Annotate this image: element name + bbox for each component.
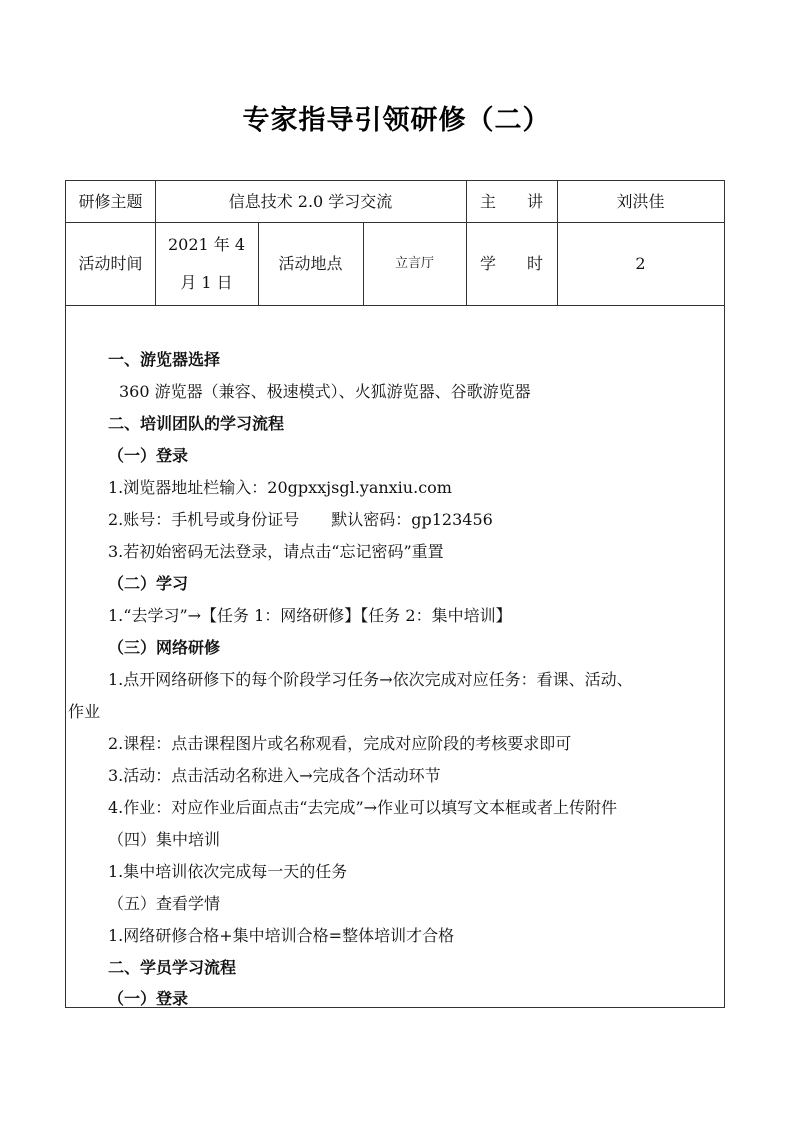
list-item: 2.账号：手机号或身份证号 默认密码：gp123456 <box>108 507 493 530</box>
section-heading: 二、培训团队的学习流程 <box>108 411 284 434</box>
subsection-heading: （四）集中培训 <box>108 827 220 850</box>
speaker-value: 刘洪佳 <box>557 181 724 222</box>
list-item: 3.活动：点击活动名称进入→完成各个活动环节 <box>108 763 441 786</box>
speaker-label-char: 主 <box>480 183 496 221</box>
list-item: 4.作业：对应作业后面点击“去完成”→作业可以填写文本框或者上传附件 <box>108 795 617 818</box>
time-label: 活动时间 <box>66 222 155 305</box>
location-label: 活动地点 <box>258 222 363 305</box>
time-value-line1: 2021 年 4 <box>168 226 245 264</box>
list-item: 1.“去学习”→【任务 1：网络研修】【任务 2：集中培训】 <box>108 603 512 626</box>
time-value-line2: 月 1 日 <box>180 264 232 302</box>
list-item: 3.若初始密码无法登录，请点击“忘记密码”重置 <box>108 539 444 562</box>
list-item: 1.浏览器地址栏输入：20gpxxjsgl.yanxiu.com <box>108 475 452 498</box>
subsection-heading: （三）网络研修 <box>108 635 220 658</box>
section-heading: 一、游览器选择 <box>108 347 220 370</box>
row-divider <box>66 305 724 306</box>
topic-value: 信息技术 2.0 学习交流 <box>155 181 466 222</box>
speaker-label-char: 讲 <box>527 183 543 221</box>
page-title: 专家指导引领研修（二） <box>0 98 793 137</box>
list-item: 1.集中培训依次完成每一天的任务 <box>108 859 347 882</box>
info-table: 研修主题 信息技术 2.0 学习交流 主 讲 刘洪佳 活动时间 2021 年 4… <box>65 180 725 1008</box>
list-item-continuation: 作业 <box>68 699 100 722</box>
list-item: 1.网络研修合格+集中培训合格=整体培训才合格 <box>108 923 454 946</box>
location-value: 立言厅 <box>363 222 466 305</box>
speaker-label: 主 讲 <box>466 181 557 222</box>
hours-label-char: 学 <box>480 245 496 283</box>
topic-label: 研修主题 <box>66 181 155 222</box>
time-value: 2021 年 4 月 1 日 <box>155 222 258 305</box>
list-item: 1.点开网络研修下的每个阶段学习任务→依次完成对应任务：看课、活动、 <box>108 667 633 690</box>
subsection-heading: （一）登录 <box>108 443 188 466</box>
hours-label: 学 时 <box>466 222 557 305</box>
subsection-heading: （二）学习 <box>108 571 188 594</box>
list-item: 2.课程：点击课程图片或名称观看，完成对应阶段的考核要求即可 <box>108 731 571 754</box>
hours-value: 2 <box>557 222 724 305</box>
body-text: 360 游览器（兼容、极速模式）、火狐游览器、谷歌游览器 <box>119 379 531 402</box>
hours-label-char: 时 <box>527 245 543 283</box>
section-heading: 二、学员学习流程 <box>108 955 236 978</box>
subsection-heading: （五）查看学情 <box>108 891 220 914</box>
subsection-heading: （一）登录 <box>108 986 188 1009</box>
